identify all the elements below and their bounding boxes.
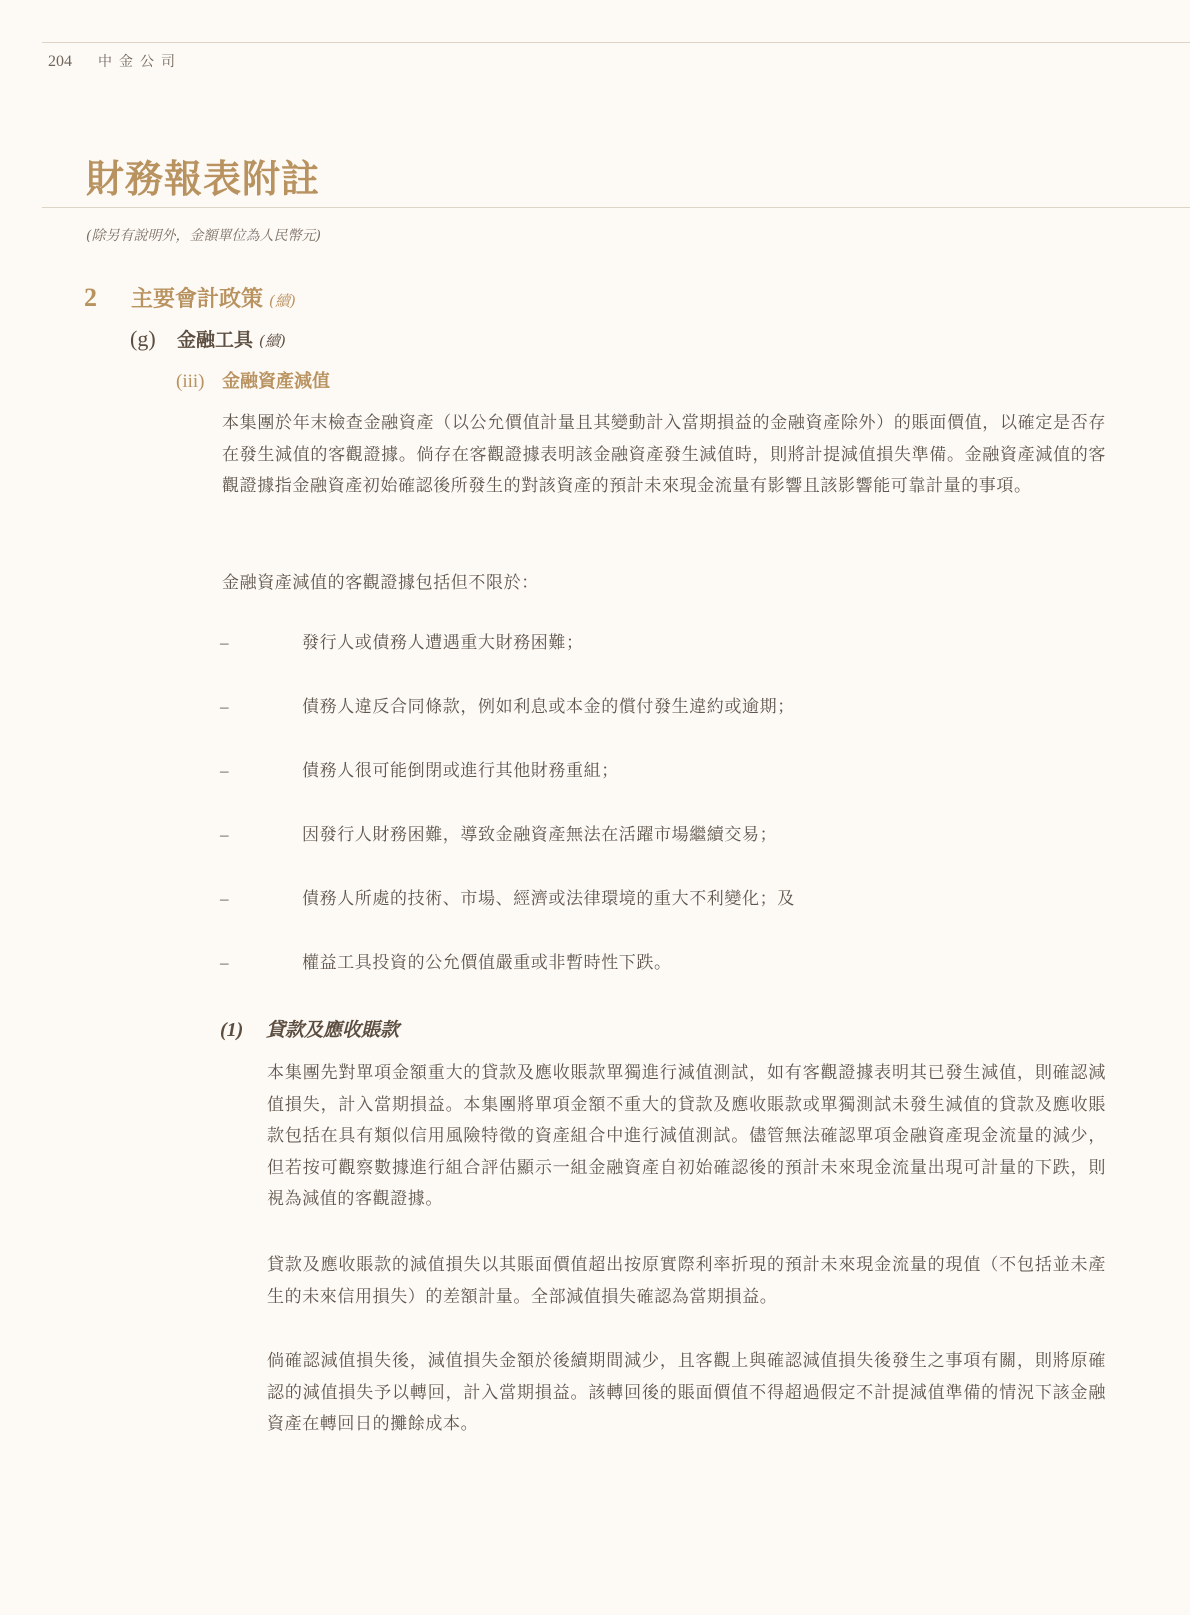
subsection-number: (g)	[130, 326, 177, 352]
section-heading: 2 主要會計政策 (續)	[84, 282, 296, 313]
loans-paragraph-1: 本集團先對單項金額重大的貸款及應收賬款單獨進行減值測試，如有客觀證據表明其已發生…	[267, 1058, 1106, 1216]
list-item-text: 債務人所處的技術、市場、經濟或法律環境的重大不利變化；及	[302, 884, 795, 909]
list-item: – 債務人很可能倒閉或進行其他財務重組；	[220, 756, 1100, 781]
dash-bullet-icon: –	[220, 889, 302, 909]
list-item-text: 發行人或債務人遭遇重大財務困難；	[302, 628, 584, 653]
dash-bullet-icon: –	[220, 825, 302, 845]
subsection-title: 金融工具	[177, 325, 253, 352]
header-rule	[42, 42, 1190, 43]
list-item-text: 債務人很可能倒閉或進行其他財務重組；	[302, 756, 619, 781]
list-item: – 債務人所處的技術、市場、經濟或法律環境的重大不利變化；及	[220, 884, 1100, 909]
sub-item-heading: (1) 貸款及應收賬款	[220, 1015, 399, 1042]
list-item: – 發行人或債務人遭遇重大財務困難；	[220, 628, 1100, 653]
section-number: 2	[84, 283, 131, 313]
sub-item-title: 貸款及應收賬款	[266, 1015, 399, 1042]
running-header: 204 中金公司	[48, 51, 182, 71]
continued-label: (續)	[259, 330, 286, 351]
page-number: 204	[48, 53, 98, 71]
intro-paragraph: 本集團於年末檢查金融資產（以公允價值計量且其變動計入當期損益的金融資產除外）的賬…	[222, 408, 1106, 503]
dash-bullet-icon: –	[220, 697, 302, 717]
list-item-text: 權益工具投資的公允價值嚴重或非暫時性下跌。	[302, 948, 672, 973]
company-name: 中金公司	[98, 51, 182, 71]
dash-bullet-icon: –	[220, 633, 302, 653]
item-heading: (iii) 金融資產減值	[176, 367, 330, 393]
loans-paragraph-3: 倘確認減值損失後，減值損失金額於後續期間減少，且客觀上與確認減值損失後發生之事項…	[267, 1346, 1106, 1441]
dash-bullet-icon: –	[220, 953, 302, 973]
list-item: – 權益工具投資的公允價值嚴重或非暫時性下跌。	[220, 948, 1100, 973]
currency-note: (除另有說明外，金額單位為人民幣元)	[86, 225, 321, 245]
loans-paragraph-2: 貸款及應收賬款的減值損失以其賬面價值超出按原實際利率折現的預計未來現金流量的現值…	[267, 1250, 1106, 1313]
dash-bullet-icon: –	[220, 761, 302, 781]
item-title: 金融資產減值	[222, 367, 330, 393]
item-number: (iii)	[176, 371, 222, 393]
list-item-text: 債務人違反合同條款，例如利息或本金的償付發生違約或逾期；	[302, 692, 795, 717]
subsection-heading: (g) 金融工具 (續)	[130, 325, 286, 352]
list-item-text: 因發行人財務困難，導致金融資產無法在活躍市場繼續交易；	[302, 820, 777, 845]
section-title: 主要會計政策	[131, 282, 263, 313]
list-item: – 債務人違反合同條款，例如利息或本金的償付發生違約或逾期；	[220, 692, 1100, 717]
continued-label: (續)	[269, 290, 296, 311]
sub-item-number: (1)	[220, 1019, 266, 1042]
page-title: 財務報表附註	[86, 148, 320, 203]
evidence-intro: 金融資產減值的客觀證據包括但不限於：	[222, 568, 1106, 600]
list-item: – 因發行人財務困難，導致金融資產無法在活躍市場繼續交易；	[220, 820, 1100, 845]
title-rule	[42, 207, 1190, 208]
